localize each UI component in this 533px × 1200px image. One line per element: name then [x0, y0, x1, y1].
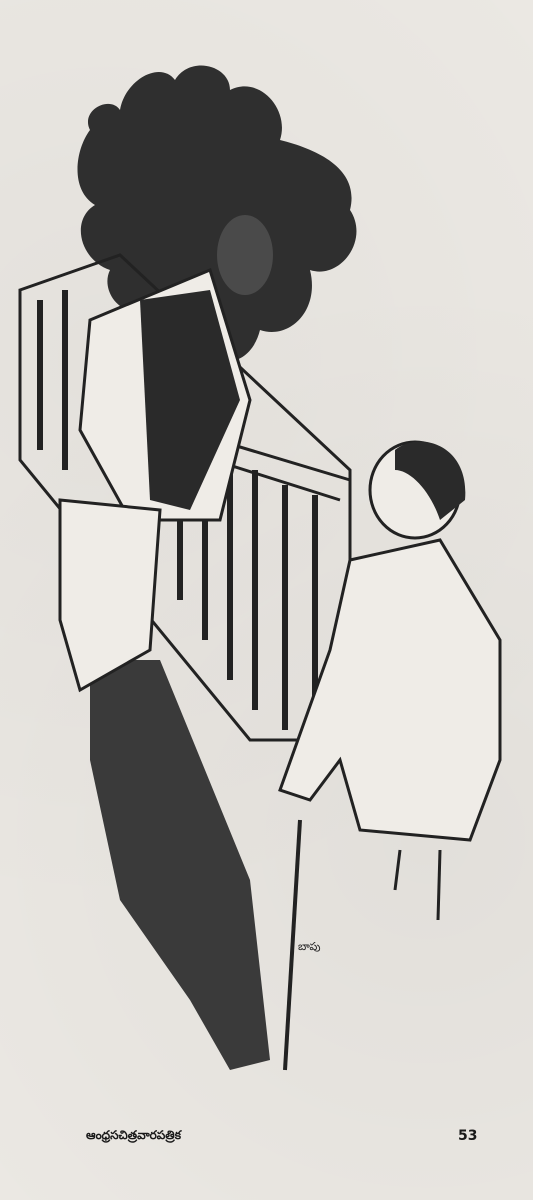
publication-footer: ఆంధ్రసచిత్రవారపత్రిక — [86, 1128, 181, 1145]
illustration — [0, 0, 533, 1200]
page-number: 53 — [458, 1128, 477, 1144]
artist-signature: బాపు — [298, 940, 320, 956]
shadow — [90, 660, 270, 1070]
